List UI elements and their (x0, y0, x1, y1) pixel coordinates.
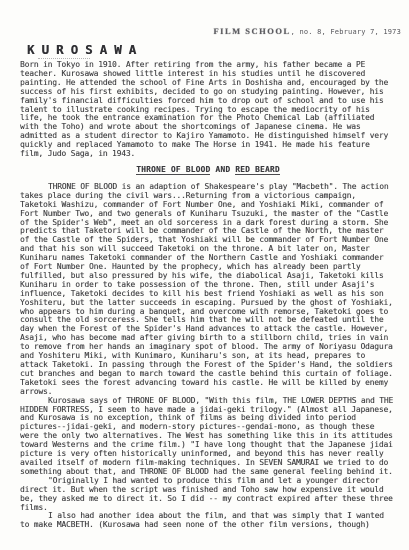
macbeth-note-paragraph: I also had another idea about the film, … (20, 512, 396, 530)
production-note-paragraph: "Originally I had wanted to produce this… (20, 477, 396, 513)
bio-paragraph: Born in Tokyo in 1910. After retiring fr… (20, 61, 396, 159)
scan-noise-mark (38, 58, 90, 59)
page-title: KUROSAWA (27, 42, 143, 57)
kurosawa-quote-paragraph: Kurosawa says of THRONE OF BLOOD, "With … (20, 397, 396, 477)
section-heading: THRONE OF BLOOD AND RED BEARD (20, 166, 396, 175)
heading-conjunction: AND (210, 165, 235, 174)
issue-info: , no. 8, February 7, 1973 (291, 28, 401, 36)
film-title-throne-of-blood: THRONE OF BLOOD (136, 165, 210, 176)
document-body: Born in Tokyo in 1910. After retiring fr… (20, 61, 396, 530)
plot-summary-paragraph: THRONE OF BLOOD is an adaption of Shakes… (20, 183, 396, 397)
masthead-stamp: FILM SCHOOL (213, 26, 290, 36)
masthead: FILM SCHOOL, no. 8, February 7, 1973 (213, 26, 401, 36)
film-title-red-beard: RED BEARD (235, 165, 280, 176)
scanned-document-page: FILM SCHOOL, no. 8, February 7, 1973 KUR… (0, 0, 409, 550)
